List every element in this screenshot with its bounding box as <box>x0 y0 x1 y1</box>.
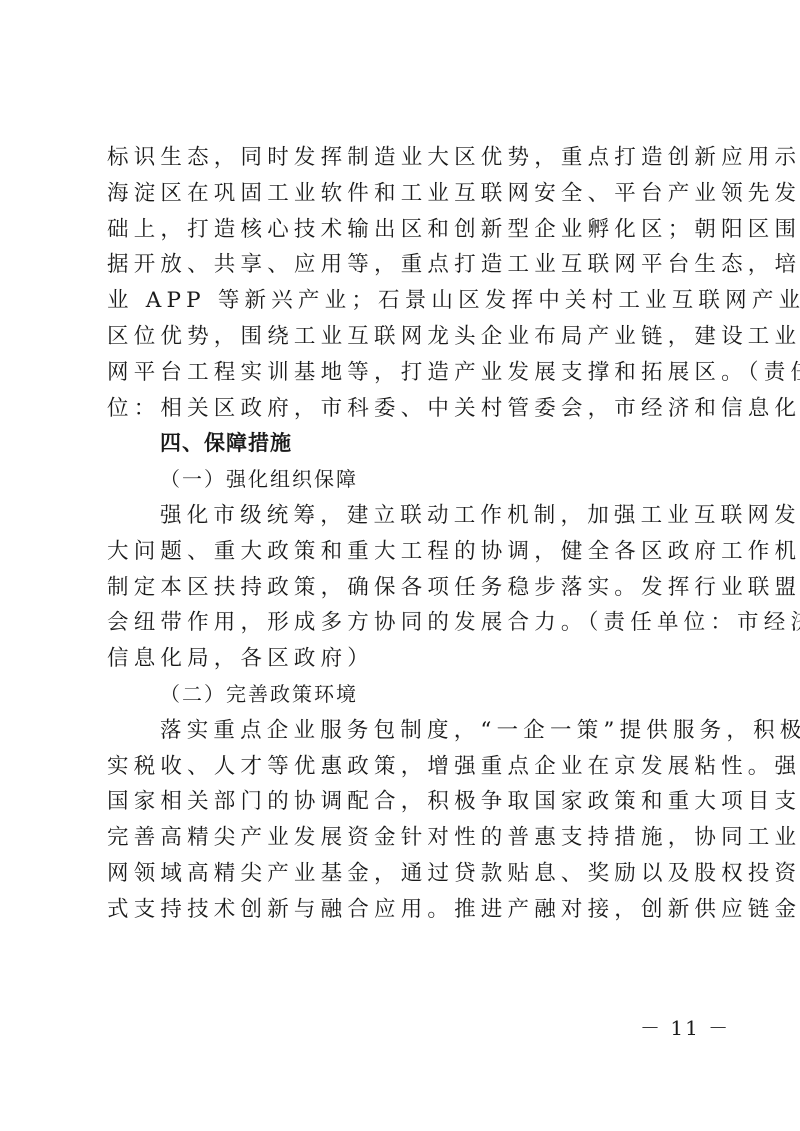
paragraph-line: 础上，打造核心技术输出区和创新型企业孵化区；朝阳区围绕数 <box>107 212 707 248</box>
paragraph-line: 海淀区在巩固工业软件和工业互联网安全、平台产业领先发展基 <box>107 176 707 212</box>
paragraph-line: 强化市级统筹，建立联动工作机制，加强工业互联网发展重 <box>107 498 707 534</box>
paragraph-line: 位：相关区政府，市科委、中关村管委会，市经济和信息化局） <box>107 391 707 427</box>
paragraph-line: 国家相关部门的协调配合，积极争取国家政策和重大项目支持。 <box>107 784 707 820</box>
document-body: 标识生态，同时发挥制造业大区优势，重点打造创新应用示范区； 海淀区在巩固工业软件… <box>107 140 707 928</box>
paragraph-line: 据开放、共享、应用等，重点打造工业互联网平台生态，培育工 <box>107 247 707 283</box>
subsection-title: （一）强化组织保障 <box>107 462 707 498</box>
paragraph-line: 区位优势，围绕工业互联网龙头企业布局产业链，建设工业互联 <box>107 319 707 355</box>
paragraph-line: 标识生态，同时发挥制造业大区优势，重点打造创新应用示范区； <box>107 140 707 176</box>
page-number: － 11 － <box>640 1012 730 1041</box>
paragraph-line: 制定本区扶持政策，确保各项任务稳步落实。发挥行业联盟、协 <box>107 570 707 606</box>
paragraph-line: 网平台工程实训基地等，打造产业发展支撑和拓展区。（责任单 <box>107 355 707 391</box>
paragraph-line: 大问题、重大政策和重大工程的协调，健全各区政府工作机制， <box>107 534 707 570</box>
paragraph-line: 网领域高精尖产业基金，通过贷款贴息、奖励以及股权投资等方 <box>107 856 707 892</box>
paragraph-line: 会纽带作用，形成多方协同的发展合力。（责任单位：市经济和 <box>107 605 707 641</box>
paragraph-line: 落实重点企业服务包制度，“一企一策”提供服务，积极落 <box>107 713 707 749</box>
paragraph-line: 信息化局，各区政府） <box>107 641 707 677</box>
subsection-title: （二）完善政策环境 <box>107 677 707 713</box>
paragraph-line: 业 APP 等新兴产业；石景山区发挥中关村工业互联网产业园空间、 <box>107 283 707 319</box>
document-page: 标识生态，同时发挥制造业大区优势，重点打造创新应用示范区； 海淀区在巩固工业软件… <box>0 0 800 1131</box>
section-heading: 四、保障措施 <box>107 426 707 462</box>
paragraph-line: 式支持技术创新与融合应用。推进产融对接，创新供应链金融、 <box>107 892 707 928</box>
paragraph-line: 完善高精尖产业发展资金针对性的普惠支持措施，协同工业互联 <box>107 820 707 856</box>
paragraph-line: 实税收、人才等优惠政策，增强重点企业在京发展粘性。强化与 <box>107 749 707 785</box>
